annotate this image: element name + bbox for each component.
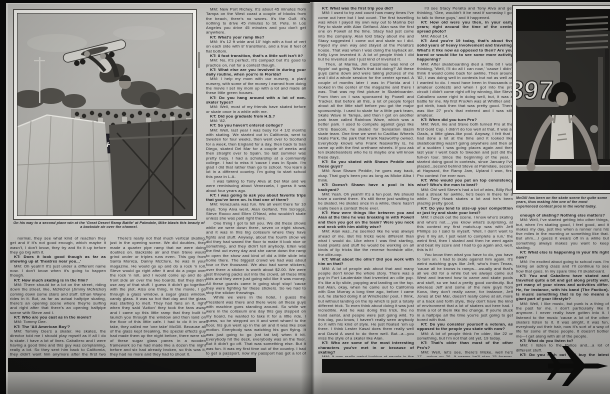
interview-answer: MM: Now Shawn Peddie, he goes way back, …	[318, 169, 414, 183]
tank-strap	[569, 115, 570, 123]
magazine-spread-scan: THRASHER	[0, 0, 610, 394]
interview-answer: MM: Well, most of my friends have skated…	[206, 105, 306, 114]
interview-answer: MM: Well, last year I was busy for 4 1/2…	[206, 128, 306, 179]
interview-answer: MM: It's 12 ft wide and 10' high with a …	[206, 40, 306, 54]
interview-question: KT: That's older than most of the other …	[417, 341, 513, 350]
face	[556, 92, 568, 106]
interview-question: KT: You and Caballero have skated and tr…	[516, 273, 609, 301]
bottom-rule-right	[322, 359, 578, 373]
text-column-1: normal, they see what kind of reaction t…	[10, 236, 106, 358]
interview-question: KT: I was going to ask you about favorit…	[206, 193, 306, 202]
locomotive-number: 397	[516, 75, 554, 105]
interview-answer: I was talking to Tony Alva at Del Mar an…	[206, 179, 306, 193]
pipe	[605, 49, 609, 159]
text-column-6-body: enough of skating? Nothing else matters?…	[516, 213, 609, 357]
hand	[591, 163, 600, 172]
text-column-5: I'd see Stacy Peralta and Tony Alva and …	[417, 6, 513, 357]
interview-answer: MM: Alan was...he seemed like he was alw…	[318, 229, 414, 257]
text-column-2: There's really not that much vertical sk…	[110, 236, 206, 358]
interview-answer: MM: Oh! well Steve's had a lot of wins, …	[417, 187, 513, 206]
interview-question: KT: Who are some of the most interesting…	[318, 341, 414, 355]
ramp-contest-photo: THRASHER	[13, 9, 197, 220]
text-column-2-body: There's really not that much vertical sk…	[110, 236, 206, 358]
interview-answer: MM: It was really weird looking at peopl…	[318, 355, 414, 357]
interview-answer: MM: Well, I've started getting into othe…	[516, 218, 609, 251]
interview-answer: MM: Well, let's see, there's Micke, well…	[417, 350, 513, 357]
interview-answer: MM: Well, I like music, but punk is a th…	[516, 301, 609, 338]
text-column-4-body: KT: What was the first trip you did?MM: …	[318, 6, 414, 357]
interview-question: KT: Do you tend to size-up your competit…	[417, 206, 513, 215]
interview-question: KT: Do you hang around with a lot of non…	[206, 95, 306, 104]
right-photo-caption-text: McGill has been on the skate scene for q…	[516, 196, 609, 209]
interview-question: KT: Do you consider yourself a veteran, …	[417, 322, 513, 331]
interview-answer: MM: There should be a lot on the street,…	[10, 282, 106, 315]
text-column-6: enough of skating? Nothing else matters?…	[516, 213, 609, 357]
interview-question: KT: What else is happening in your life …	[516, 250, 609, 259]
light-pole-crossarm	[34, 60, 45, 61]
interview-answer: MM: Venezuela was fun. We all went there…	[206, 202, 306, 221]
scaffolding	[109, 119, 193, 216]
ramp	[17, 115, 113, 216]
cloud	[113, 26, 165, 40]
interview-answer: MM: A lot of people think I'm older, lik…	[417, 331, 513, 340]
interview-question: KT: Doesn't Shawn have a pool in his bac…	[318, 183, 414, 192]
interview-question: KT: How old were you then, in your early…	[417, 20, 513, 34]
cloud	[27, 34, 87, 52]
interview-answer: MM: I help my mom with our nursery, a pl…	[206, 77, 306, 96]
left-photo-caption-text: On his way to a second place win at the …	[12, 221, 206, 229]
mcgill-train-photo: 397	[512, 5, 610, 194]
left-photo-caption: On his way to a second place win at the …	[12, 221, 206, 235]
interview-answer: MM: New Port Richey. It's about 45 minut…	[206, 7, 306, 35]
jet-silhouette-icon	[546, 342, 610, 390]
locomotive-shadow	[516, 9, 610, 31]
text-column-4: KT: What was the first trip you did?MM: …	[318, 6, 414, 357]
interview-answer: MM: After skateboarding died a little bi…	[417, 62, 513, 118]
bottom-rule-left	[8, 358, 256, 372]
interview-answer: MM: Well, me and Steve both turned Pro a…	[417, 122, 513, 178]
interview-answer: MM: Tommy Dee's a skater. He skates, the…	[10, 329, 106, 358]
interview-answer: You know then what you have to do, you h…	[417, 252, 513, 322]
text-column-1-body: normal, they see what kind of reaction t…	[10, 236, 106, 358]
interview-answer: While we were in the hotel, I guess the …	[206, 295, 306, 357]
interview-answer: I'd see Stacy Peralta and Tony Alva and …	[417, 6, 513, 20]
interview-answer: MM: I'm excited about going to school no…	[516, 259, 609, 273]
mcgill-train-photo-art: 397	[516, 9, 610, 190]
interview-answer: One thing I got to tell you. We did thes…	[206, 221, 306, 295]
interview-question: KT: How were things like between you and…	[318, 211, 414, 230]
interview-answer: MM: Yeah. Oh yeah!!! It's a fun pool. We…	[318, 192, 414, 211]
text-column-3: MM: New Port Richey. It's about 45 minut…	[206, 7, 306, 357]
interview-answer: normal, they see what kind of reaction t…	[10, 236, 106, 255]
tank-strap	[554, 115, 555, 123]
hand	[527, 163, 536, 172]
interview-answer: MM: No, it's perfect, it's compact but i…	[206, 58, 306, 67]
ramp-contest-photo-art: THRASHER	[17, 13, 193, 216]
text-column-5-body: I'd see Stacy Peralta and Tony Alva and …	[417, 6, 513, 357]
headlight	[590, 125, 598, 133]
interview-answer: There's really not that much vertical sk…	[110, 236, 206, 357]
interview-question: KT: What else are you involved in during…	[206, 67, 306, 76]
interview-question: KT: So you skated with Shawn Peddie and …	[318, 159, 414, 168]
interview-answer: MM: A lot of people ask about that and m…	[318, 266, 414, 340]
interview-question: KT: Who would you put on top consistency…	[417, 178, 513, 187]
knee-pad	[100, 53, 106, 59]
knee-pad	[84, 51, 90, 57]
right-photo-caption: McGill has been on the skate scene for q…	[516, 196, 609, 212]
interview-question: KT: What about the ollie? Did you work w…	[318, 257, 414, 266]
interview-question: KT: And you're 19 today, that's about fi…	[417, 39, 513, 62]
photo-credit-mark	[198, 52, 200, 68]
text-column-3-body: MM: New Port Richey. It's about 45 minut…	[206, 7, 306, 357]
pipe	[598, 57, 603, 159]
page-fold	[301, 2, 323, 394]
light-pole	[39, 57, 40, 103]
interview-answer: MM: Oh yeah!!! It's just under a differe…	[10, 264, 106, 278]
interview-answer: MM: I check out the scene. I know who's …	[417, 215, 513, 252]
interview-question: KT: Does it look good though as far as s…	[10, 255, 106, 264]
photo-bottom-dark	[516, 171, 610, 190]
interview-answer: Then, at Marina, Jim Cassimus was kind o…	[318, 62, 414, 160]
interview-answer: MM: I used to try and count how many tim…	[318, 11, 414, 62]
